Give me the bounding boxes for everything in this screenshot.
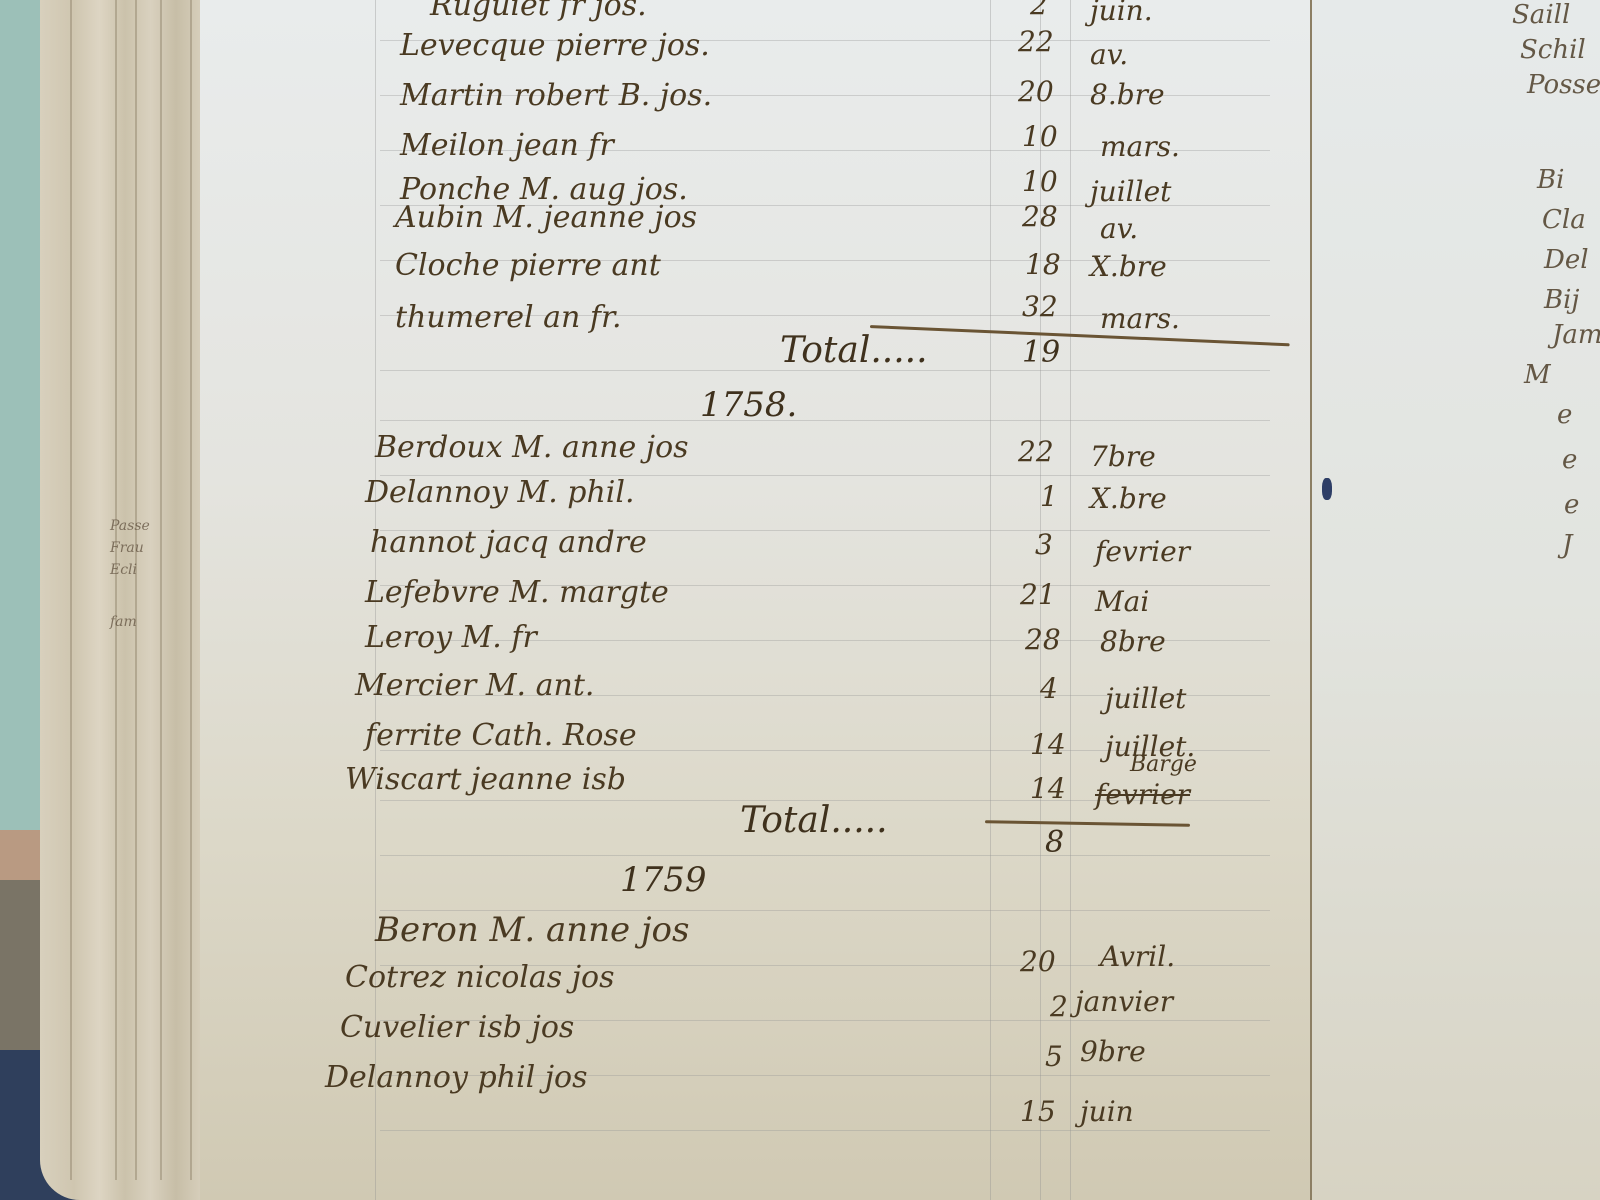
correction-note: Barge: [1130, 752, 1197, 777]
margin-notes: Passe Frau Ecli fam: [110, 515, 150, 633]
year-heading: 1759: [620, 860, 707, 900]
total-value: 19: [1022, 335, 1060, 370]
total-value: 8: [1045, 825, 1064, 860]
page-stack-edge: Passe Frau Ecli fam: [40, 0, 210, 1200]
right-page: Saill Schil Possem Bi Cla Del Bij Jam M …: [1310, 0, 1600, 1200]
ink-blot: [1322, 478, 1332, 500]
total-label: Total.....: [740, 800, 888, 841]
year-heading: 1758.: [700, 385, 797, 425]
total-label: Total.....: [780, 330, 928, 371]
